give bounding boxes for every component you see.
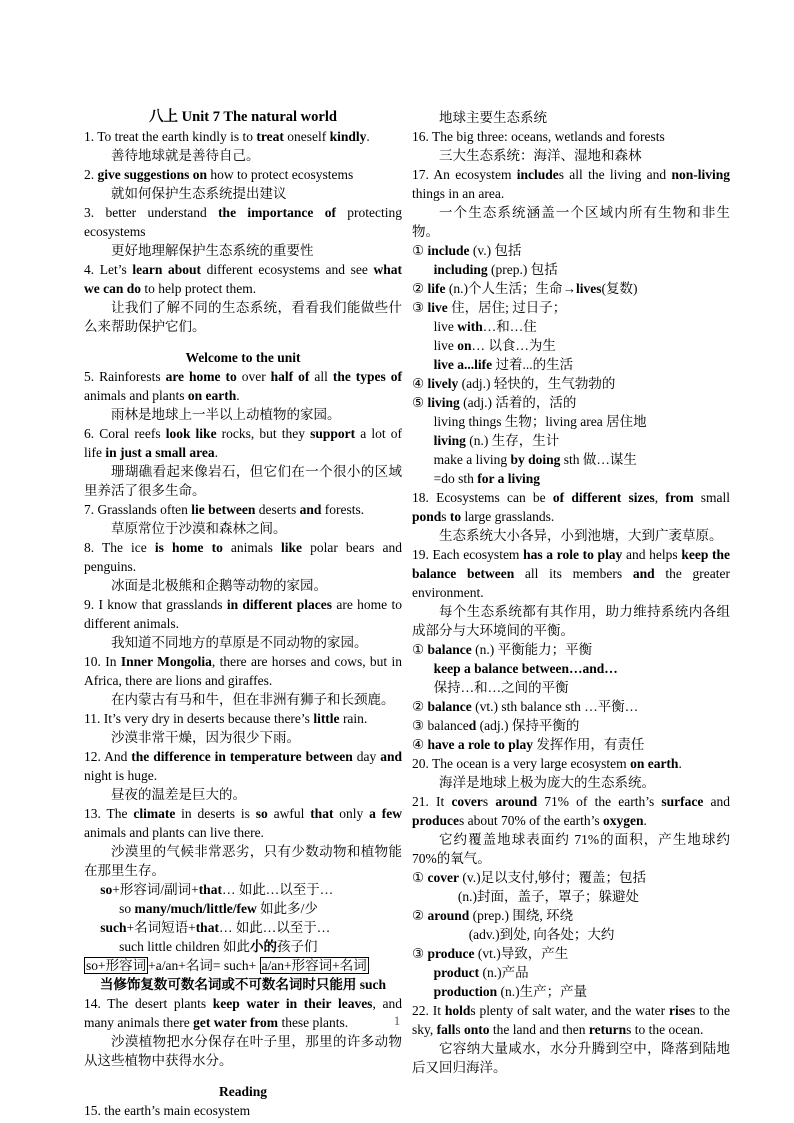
text-run: 沙漠植物把水分保存在叶子里，那里的许多动物从这些植物中获得水分。	[84, 1034, 402, 1068]
text-run: 15. the earth’s main ecosystem	[84, 1103, 250, 1118]
grammar-note: (n.)封面，盖子，罩子；躲避处	[412, 887, 730, 906]
text-run: and helps	[622, 547, 681, 562]
text-run: treat	[256, 129, 283, 144]
text-run: 21. It	[412, 794, 451, 809]
text-run: sth 做…谋生	[560, 452, 637, 467]
text-run: that	[196, 920, 219, 935]
text-run: ③ balance	[412, 718, 469, 733]
text-run: 它约覆盖地球表面约 71%的面积，产生地球约70%的氧气。	[412, 832, 730, 866]
text-run: 沙漠非常干燥，因为很少下雨。	[111, 730, 300, 745]
boxed-formula: so+形容词	[84, 957, 148, 974]
text-run: half of	[271, 369, 310, 384]
doc-paragraph: 3. better understand the importance of p…	[84, 203, 402, 241]
text-run: night is huge.	[84, 768, 157, 783]
text-run: deserts	[255, 502, 299, 517]
text-run: production	[434, 984, 498, 999]
doc-paragraph: 9. I know that grasslands in different p…	[84, 595, 402, 633]
text-run: 一个生态系统涵盖一个区域内所有生物和非生物。	[412, 205, 730, 239]
section-heading: Welcome to the unit	[84, 348, 402, 367]
text-run: different ecosystems and see	[201, 262, 374, 277]
doc-paragraph: 11. It’s very dry in deserts because the…	[84, 709, 402, 728]
text-run: 6. Coral reefs	[84, 426, 166, 441]
text-run: for a living	[477, 471, 540, 486]
document-columns: 八上 Unit 7 The natural world1. To treat t…	[84, 108, 730, 1120]
text-run: that	[199, 882, 222, 897]
text-run: 孩子们	[277, 939, 318, 954]
doc-paragraph: ③ balanced (adj.) 保持平衡的	[412, 716, 730, 735]
text-run: 让我们了解不同的生态系统，看看我们能做些什么来帮助保护它们。	[84, 300, 402, 334]
text-run: 三大生态系统：海洋、湿地和森林	[439, 148, 642, 163]
text-run: lie between	[191, 502, 255, 517]
text-run: 在内蒙古有马和牛，但在非洲有狮子和长颈鹿。	[111, 692, 395, 707]
text-run: give suggestions on	[98, 167, 208, 182]
doc-paragraph: 19. Each ecosystem has a role to play an…	[412, 545, 730, 602]
doc-paragraph: 1. To treat the earth kindly is to treat…	[84, 127, 402, 146]
cn-translation: 它容纳大量咸水，水分升腾到空中，降落到陆地后又回归海洋。	[412, 1039, 730, 1077]
text-run: such little children 如此	[119, 939, 250, 954]
text-run: of different sizes	[553, 490, 655, 505]
text-run: (v.) 包括	[470, 243, 522, 258]
grammar-note: including (prep.) 包括	[412, 260, 730, 279]
text-run: all	[309, 369, 332, 384]
text-run: 5. Rainforests	[84, 369, 166, 384]
text-run: keep a balance between…and…	[434, 661, 618, 676]
text-run: 更好地理解保护生态系统的重要性	[111, 243, 314, 258]
cn-translation: 珊瑚礁看起来像岩石，但它们在一个很小的区域里养活了很多生命。	[84, 462, 402, 500]
text-run: +形容词/副词+	[112, 882, 198, 897]
section-heading: Reading	[84, 1082, 402, 1101]
doc-paragraph: ② balance (vt.) sth balance sth …平衡…	[412, 697, 730, 716]
text-run: animals and plants can live there.	[84, 825, 264, 840]
text-run: 八上 Unit 7 The natural world	[149, 109, 337, 125]
text-run: make a living	[434, 452, 511, 467]
text-run: 海洋是地球上极为庞大的生态系统。	[439, 775, 655, 790]
grammar-note: such+名词短语+that… 如此…以至于…	[84, 918, 402, 937]
text-run: ③	[412, 300, 427, 315]
text-run: with	[457, 319, 483, 334]
doc-paragraph: ① cover (v.)足以支付,够付；覆盖；包括	[412, 868, 730, 887]
text-run: in different places	[227, 597, 332, 612]
text-run: +a/an+名词= such+	[148, 958, 259, 973]
text-run: (prep.) 围绕, 环绕	[469, 908, 573, 923]
text-run: (vt.)导致，产生	[475, 946, 569, 961]
text-run: s about 70% of the earth’s	[459, 813, 603, 828]
grammar-note: make a living by doing sth 做…谋生	[412, 450, 730, 469]
text-run: rocks, but they	[217, 426, 311, 441]
text-run: 当修饰复数可数名词或不可数名词时只能用 such	[100, 977, 386, 992]
text-run: small	[694, 490, 730, 505]
text-run: 16. The big three: oceans, wetlands and …	[412, 129, 665, 144]
text-run: living	[434, 433, 466, 448]
text-run: 昼夜的温差是巨大的。	[111, 787, 246, 802]
doc-paragraph: ① include (v.) 包括	[412, 241, 730, 260]
text-run: 保持…和…之间的平衡	[434, 680, 569, 695]
text-run: 8. The ice	[84, 540, 155, 555]
grammar-note: so many/much/little/few 如此多/少	[84, 899, 402, 918]
text-run: the importance of	[218, 205, 336, 220]
text-run: awful	[268, 806, 310, 821]
text-run: all its members	[514, 566, 633, 581]
text-run: little	[313, 711, 339, 726]
text-run: 11. It’s very dry in deserts because the…	[84, 711, 313, 726]
text-run: and	[703, 794, 730, 809]
text-run: (adj.) 保持平衡的	[476, 718, 579, 733]
text-run: look like	[166, 426, 217, 441]
text-run: day	[353, 749, 380, 764]
cn-translation: 沙漠植物把水分保存在叶子里，那里的许多动物从这些植物中获得水分。	[84, 1032, 402, 1070]
doc-paragraph: 18. Ecosystems can be of different sizes…	[412, 488, 730, 526]
text-run: a few	[369, 806, 402, 821]
text-run: living	[427, 395, 459, 410]
text-run: .	[643, 813, 646, 828]
cn-translation: 每个生态系统都有其作用，助力维持系统内各组成部分与大环境间的平衡。	[412, 602, 730, 640]
doc-paragraph: 17. An ecosystem includes all the living…	[412, 165, 730, 203]
text-run: 沙漠里的气候非常恶劣，只有少数动物和植物能在那里生存。	[84, 844, 402, 878]
text-run: ,	[655, 490, 666, 505]
text-run: 就如何保护生态系统提出建议	[111, 186, 287, 201]
text-run: the difference in temperature between	[131, 749, 353, 764]
cn-translation: 冰面是北极熊和企鹅等动物的家园。	[84, 576, 402, 595]
left-column: 八上 Unit 7 The natural world1. To treat t…	[84, 108, 402, 1120]
text-run: 1. To treat the earth kindly is to	[84, 129, 256, 144]
text-run: 草原常位于沙漠和森林之间。	[111, 521, 287, 536]
page-number: 1	[0, 1012, 794, 1031]
cn-translation: 三大生态系统：海洋、湿地和森林	[412, 146, 730, 165]
text-run: rain.	[340, 711, 368, 726]
doc-paragraph: ⑤ living (adj.) 活着的，活的	[412, 393, 730, 412]
doc-paragraph: 10. In Inner Mongolia, there are horses …	[84, 652, 402, 690]
text-run: 14. The desert plants	[84, 996, 213, 1011]
text-run: lives	[576, 281, 602, 296]
text-run: things in an area.	[412, 186, 504, 201]
doc-paragraph: 7. Grasslands often lie between deserts …	[84, 500, 402, 519]
text-run: (n.)产品	[479, 965, 529, 980]
text-run: so	[256, 806, 268, 821]
text-run: many/much/little/few	[134, 901, 256, 916]
doc-paragraph: ① balance (n.) 平衡能力；平衡	[412, 640, 730, 659]
cn-translation: 海洋是地球上极为庞大的生态系统。	[412, 773, 730, 792]
text-run: include	[517, 167, 559, 182]
cn-translation: 沙漠非常干燥，因为很少下雨。	[84, 728, 402, 747]
text-run: on earth	[630, 756, 678, 771]
cn-translation: 更好地理解保护生态系统的重要性	[84, 241, 402, 260]
text-run: (n.) 平衡能力；平衡	[472, 642, 592, 657]
text-run: in just a small area	[105, 445, 214, 460]
text-run: balance	[427, 699, 471, 714]
doc-paragraph: 6. Coral reefs look like rocks, but they…	[84, 424, 402, 462]
text-run: 13. The	[84, 806, 133, 821]
cn-translation: 沙漠里的气候非常恶劣，只有少数动物和植物能在那里生存。	[84, 842, 402, 880]
text-run: only	[333, 806, 369, 821]
text-run: 3. better understand	[84, 205, 218, 220]
cn-translation: 草原常位于沙漠和森林之间。	[84, 519, 402, 538]
grammar-note: keep a balance between…and…	[412, 659, 730, 678]
text-run: s all the living and	[559, 167, 672, 182]
text-run: …和…住	[483, 319, 537, 334]
text-run: kindly	[330, 129, 367, 144]
text-run: on earth	[188, 388, 236, 403]
text-run: ②	[412, 908, 427, 923]
text-run: 71% of the earth’s	[537, 794, 661, 809]
text-run: 7. Grasslands often	[84, 502, 191, 517]
text-run: are home to	[166, 369, 237, 384]
text-run: support	[310, 426, 355, 441]
grammar-box-line: so+形容词+a/an+名词= such+ a/an+形容词+名词	[84, 956, 402, 975]
text-run: 19. Each ecosystem	[412, 547, 523, 562]
text-run: so	[119, 901, 134, 916]
text-run: (n.) 生存，生计	[466, 433, 559, 448]
text-run: ②	[412, 699, 427, 714]
grammar-note: live on… 以食…为生	[412, 336, 730, 355]
text-run: 生态系统大小各异，小到池塘，大到广袤草原。	[439, 528, 723, 543]
text-run: 每个生态系统都有其作用，助力维持系统内各组成部分与大环境间的平衡。	[412, 604, 730, 638]
grammar-rule: 当修饰复数可数名词或不可数名词时只能用 such	[84, 975, 402, 994]
doc-paragraph: 13. The climate in deserts is so awful t…	[84, 804, 402, 842]
grammar-note: such little children 如此小的孩子们	[84, 937, 402, 956]
text-run: =do sth	[434, 471, 478, 486]
text-run: ⑤	[412, 395, 427, 410]
text-run: and	[633, 566, 655, 581]
text-run: like	[281, 540, 302, 555]
text-run: … 如此…以至于…	[222, 882, 333, 897]
text-run: cover	[451, 794, 482, 809]
doc-paragraph: 5. Rainforests are home to over half of …	[84, 367, 402, 405]
text-run: produce	[412, 813, 459, 828]
text-run: ①	[412, 243, 427, 258]
text-run: forests.	[321, 502, 364, 517]
grammar-note: (adv.)到处, 向各处；大约	[412, 925, 730, 944]
text-run: cover	[427, 870, 458, 885]
text-run: and	[300, 502, 322, 517]
grammar-note: 保持…和…之间的平衡	[412, 678, 730, 697]
text-run: pond	[412, 509, 441, 524]
text-run: 冰面是北极熊和企鹅等动物的家园。	[111, 578, 327, 593]
text-run: product	[434, 965, 480, 980]
text-run: around	[427, 908, 469, 923]
text-run: ②	[412, 281, 427, 296]
grammar-note: living things 生物；living area 居住地	[412, 412, 730, 431]
right-column: 地球主要生态系统16. The big three: oceans, wetla…	[412, 108, 730, 1120]
text-run: (n.)封面，盖子，罩子；躲避处	[458, 889, 639, 904]
cn-translation: 就如何保护生态系统提出建议	[84, 184, 402, 203]
text-run: 雨林是地球上一半以上动植物的家园。	[111, 407, 341, 422]
text-run: 18. Ecosystems can be	[412, 490, 553, 505]
text-run: have a role to play	[427, 737, 533, 752]
text-run: … 如此…以至于…	[219, 920, 330, 935]
text-run: (v.)足以支付,够付；覆盖；包括	[459, 870, 646, 885]
grammar-note: living (n.) 生存，生计	[412, 431, 730, 450]
cn-translation: 我知道不同地方的草原是不同动物的家园。	[84, 633, 402, 652]
text-run: oneself	[284, 129, 330, 144]
text-run: (adj.) 活着的，活的	[460, 395, 577, 410]
text-run: in deserts is	[175, 806, 255, 821]
text-run: large grasslands.	[461, 509, 554, 524]
text-run: (复数)	[601, 281, 637, 296]
text-run: (n.)生产；产量	[497, 984, 587, 999]
text-run: (adv.)到处, 向各处；大约	[469, 927, 615, 942]
text-run: ①	[412, 642, 427, 657]
text-run: include	[427, 243, 469, 258]
text-run: to	[450, 509, 461, 524]
text-run: ③	[412, 946, 427, 961]
grammar-note: so+形容词/副词+that… 如此…以至于…	[84, 880, 402, 899]
text-run: keep water in their leaves	[213, 996, 373, 1011]
text-run: over	[237, 369, 271, 384]
cn-translation: 它约覆盖地球表面约 71%的面积，产生地球约70%的氧气。	[412, 830, 730, 868]
grammar-note: production (n.)生产；产量	[412, 982, 730, 1001]
doc-paragraph: ④ lively (adj.) 轻快的，生气勃勃的	[412, 374, 730, 393]
text-run: 17. An ecosystem	[412, 167, 517, 182]
text-run: that	[310, 806, 333, 821]
cn-translation: 昼夜的温差是巨大的。	[84, 785, 402, 804]
text-run: Inner Mongolia	[121, 654, 212, 669]
doc-paragraph: 4. Let’s learn about different ecosystem…	[84, 260, 402, 298]
text-run: oxygen	[603, 813, 644, 828]
text-run: how to protect ecosystems	[207, 167, 353, 182]
text-run: 过着...的生活	[492, 357, 573, 372]
text-run: is home to	[155, 540, 223, 555]
doc-paragraph: 2. give suggestions on how to protect ec…	[84, 165, 402, 184]
text-run: .	[215, 445, 218, 460]
text-run: such	[100, 920, 126, 935]
text-run: 珊瑚礁看起来像岩石，但它们在一个很小的区域里养活了很多生命。	[84, 464, 402, 498]
text-run: and	[380, 749, 402, 764]
cn-translation: 地球主要生态系统	[412, 108, 730, 127]
text-run: from	[665, 490, 693, 505]
text-run: animals and plants	[84, 388, 188, 403]
boxed-formula: a/an+形容词+名词	[260, 957, 369, 974]
text-run: ①	[412, 870, 427, 885]
text-run: 住，居住; 过日子；	[448, 300, 567, 315]
doc-paragraph: 16. The big three: oceans, wetlands and …	[412, 127, 730, 146]
text-run: on	[457, 338, 471, 353]
text-run: produce	[427, 946, 474, 961]
text-run: 小的	[250, 939, 277, 954]
text-run: 如此多/少	[257, 901, 318, 916]
grammar-note: live a...life 过着...的生活	[412, 355, 730, 374]
grammar-note: live with…和…住	[412, 317, 730, 336]
text-run: surface	[661, 794, 703, 809]
doc-paragraph: ② around (prep.) 围绕, 环绕	[412, 906, 730, 925]
text-run: (prep.) 包括	[488, 262, 558, 277]
text-run: 地球主要生态系统	[439, 110, 547, 125]
cn-translation: 一个生态系统涵盖一个区域内所有生物和非生物。	[412, 203, 730, 241]
text-run: climate	[133, 806, 175, 821]
text-run: learn about	[132, 262, 201, 277]
text-run: .	[236, 388, 239, 403]
text-run: living things 生物；living area 居住地	[434, 414, 647, 429]
text-run: 10. In	[84, 654, 121, 669]
doc-paragraph: 8. The ice is home to animals like polar…	[84, 538, 402, 576]
text-run: (n.)个人生活；生命→	[445, 281, 576, 296]
text-run: has a role to play	[523, 547, 622, 562]
text-run: live	[427, 300, 447, 315]
text-run: (vt.) sth balance sth …平衡…	[472, 699, 638, 714]
text-run: .	[366, 129, 369, 144]
doc-paragraph: 21. It covers around 71% of the earth’s …	[412, 792, 730, 830]
doc-paragraph: ③ live 住，居住; 过日子；	[412, 298, 730, 317]
cn-translation: 生态系统大小各异，小到池塘，大到广袤草原。	[412, 526, 730, 545]
doc-paragraph: ③ produce (vt.)导致，产生	[412, 944, 730, 963]
doc-paragraph: 15. the earth’s main ecosystem	[84, 1101, 402, 1120]
doc-title: 八上 Unit 7 The natural world	[84, 108, 402, 127]
text-run: (adj.) 轻快的，生气勃勃的	[458, 376, 615, 391]
text-run: including	[434, 262, 488, 277]
section-gap	[84, 1070, 402, 1082]
text-run: 20. The ocean is a very large ecosystem	[412, 756, 630, 771]
text-run: … 以食…为生	[471, 338, 555, 353]
text-run: Reading	[219, 1084, 267, 1099]
text-run: 2.	[84, 167, 98, 182]
text-run: 9. I know that grasslands	[84, 597, 227, 612]
text-run: 我知道不同地方的草原是不同动物的家园。	[111, 635, 368, 650]
text-run: the types of	[333, 369, 402, 384]
grammar-note: product (n.)产品	[412, 963, 730, 982]
document-page: 八上 Unit 7 The natural world1. To treat t…	[0, 0, 794, 1123]
text-run: life	[427, 281, 445, 296]
text-run: 善待地球就是善待自己。	[111, 148, 260, 163]
text-run: lively	[427, 376, 458, 391]
text-run: +名词短语+	[126, 920, 195, 935]
text-run: so	[100, 882, 112, 897]
text-run: around	[495, 794, 537, 809]
text-run: 发挥作用，有责任	[533, 737, 644, 752]
cn-translation: 在内蒙古有马和牛，但在非洲有狮子和长颈鹿。	[84, 690, 402, 709]
cn-translation: 让我们了解不同的生态系统，看看我们能做些什么来帮助保护它们。	[84, 298, 402, 336]
text-run: animals	[223, 540, 281, 555]
doc-paragraph: 12. And the difference in temperature be…	[84, 747, 402, 785]
doc-paragraph: 20. The ocean is a very large ecosystem …	[412, 754, 730, 773]
text-run: non-living	[671, 167, 730, 182]
text-run: 4. Let’s	[84, 262, 132, 277]
text-run: live a...life	[434, 357, 492, 372]
text-run: Welcome to the unit	[185, 350, 300, 365]
text-run: by doing	[510, 452, 560, 467]
doc-paragraph: ④ have a role to play 发挥作用，有责任	[412, 735, 730, 754]
text-run: ④	[412, 376, 427, 391]
cn-translation: 雨林是地球上一半以上动植物的家园。	[84, 405, 402, 424]
text-run: live	[434, 319, 458, 334]
text-run: .	[678, 756, 681, 771]
text-run: to help protect them.	[141, 281, 256, 296]
text-run: 12. And	[84, 749, 131, 764]
text-run: live	[434, 338, 458, 353]
text-run: s	[441, 509, 450, 524]
text-run: ④	[412, 737, 427, 752]
section-gap	[84, 336, 402, 348]
cn-translation: 善待地球就是善待自己。	[84, 146, 402, 165]
grammar-note: =do sth for a living	[412, 469, 730, 488]
text-run: s	[483, 794, 495, 809]
doc-paragraph: ② life (n.)个人生活；生命→lives(复数)	[412, 279, 730, 298]
text-run: balance	[427, 642, 471, 657]
text-run: 它容纳大量咸水，水分升腾到空中，降落到陆地后又回归海洋。	[412, 1041, 730, 1075]
